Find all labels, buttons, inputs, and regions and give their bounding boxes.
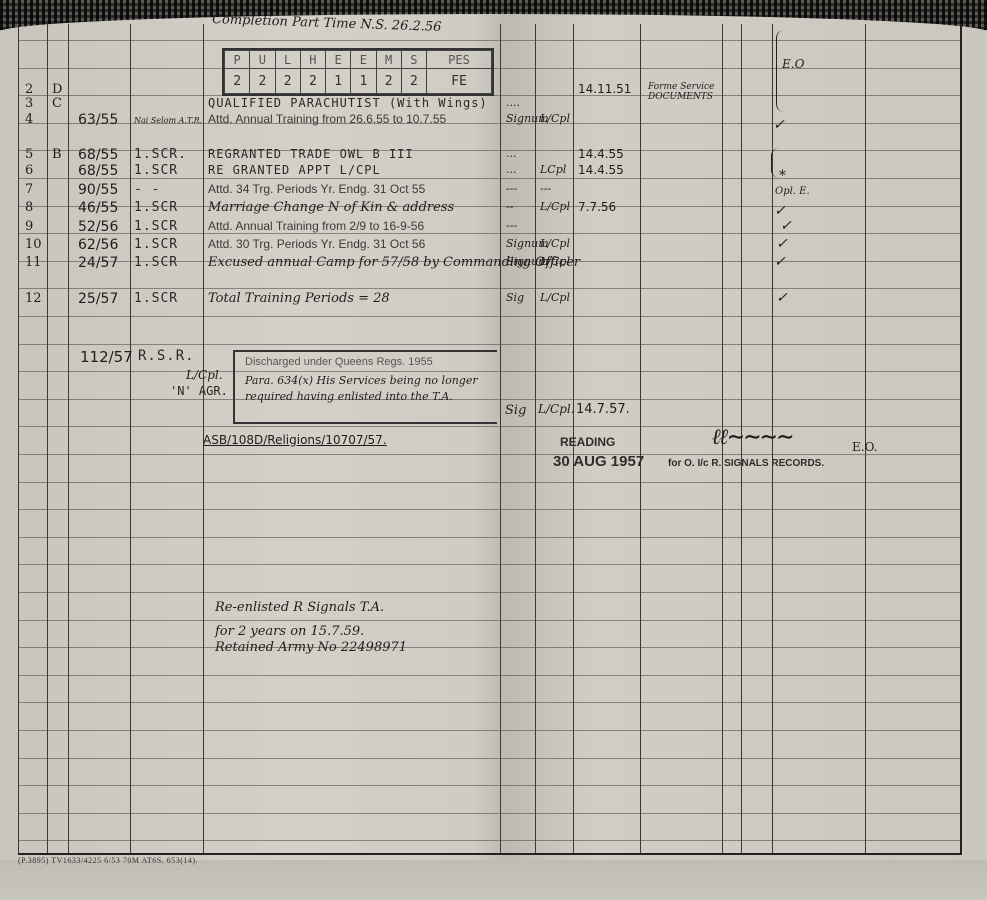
row-signature: --- — [506, 219, 517, 232]
column-rule — [47, 24, 48, 853]
column-rule — [18, 24, 19, 853]
row-number: 12 — [25, 291, 42, 306]
row-reference: 24/57 — [78, 255, 118, 271]
row-entry: Total Training Periods = 28 — [208, 291, 390, 306]
row-unit: 1.SCR — [134, 255, 178, 270]
row-reference: 90/55 — [78, 182, 118, 198]
row-rule — [19, 564, 960, 565]
pulhems-value: 2 — [376, 69, 401, 94]
row-signature: Sig — [506, 291, 524, 304]
check-mark: ✓ — [776, 236, 788, 252]
row-rank: --- — [540, 182, 551, 195]
pulhems-header: E — [351, 51, 376, 69]
row-unit: - - — [134, 182, 160, 197]
column-rule — [865, 24, 866, 853]
initials-eo: E.O — [782, 57, 804, 71]
pulhems-header: S — [401, 51, 426, 69]
check-mark: ✓ — [780, 218, 792, 234]
row-reference: 46/55 — [78, 200, 118, 216]
row-rule — [19, 758, 960, 759]
row-rule — [19, 813, 960, 814]
row-entry: Attd. Annual Training from 26.6.55 to 10… — [208, 112, 446, 126]
column-rule — [130, 24, 131, 853]
row-rank: LCpl — [540, 163, 566, 176]
pulhems-header: U — [250, 51, 275, 69]
row-rule — [19, 592, 960, 593]
pulhems-header: E — [326, 51, 351, 69]
row-unit: 1.SCR — [134, 291, 178, 306]
pulhems-value: 2 — [275, 69, 300, 94]
row-number: 6 — [25, 163, 33, 178]
reenlist-line-2: for 2 years on 15.7.59. — [215, 624, 364, 639]
check-mark: ✓ — [774, 254, 786, 270]
pulhems-value: 2 — [250, 69, 275, 94]
row-rank: L/Cpl — [540, 255, 570, 268]
row-signature: .... — [506, 96, 520, 109]
row-rank: L/Cpl — [540, 200, 570, 213]
discharge-ref: 112/57 — [80, 348, 133, 366]
row-remarks: Forme Service DOCUMENTS — [648, 82, 723, 102]
row-reference: 52/56 — [78, 219, 118, 235]
discharge-line-1: Discharged under Queens Regs. 1955 — [245, 356, 433, 368]
column-rule — [960, 24, 962, 853]
row-rule — [19, 426, 960, 427]
row-rule — [19, 702, 960, 703]
row-rank: L/Cpl — [540, 291, 570, 304]
row-rule — [19, 840, 960, 841]
column-rule — [640, 24, 641, 853]
pulhems-header: P — [225, 51, 250, 69]
row-rule — [19, 620, 960, 621]
stamp-date: 30 AUG 1957 — [553, 453, 644, 470]
row-letter: D — [52, 82, 62, 97]
row-number: 7 — [25, 182, 33, 197]
discharge-rank: L/Cpl. — [186, 368, 223, 382]
row-rule — [19, 454, 960, 455]
row-date: 14.4.55 — [578, 147, 624, 161]
discharge-date: 14.7.57. — [576, 402, 630, 417]
row-date: 7.7.56 — [578, 200, 616, 214]
check-mark: * — [779, 168, 786, 184]
row-rule — [19, 647, 960, 648]
row-number: 9 — [25, 219, 33, 234]
row-signature: -- — [506, 200, 513, 213]
row-signature: ... — [506, 147, 517, 160]
row-number: 4 — [25, 112, 33, 127]
row-rule — [19, 509, 960, 510]
pulhems-header: PES — [427, 51, 492, 69]
pulhems-value: 1 — [326, 69, 351, 94]
pulhems-value: 2 — [401, 69, 426, 94]
row-signature: --- — [506, 182, 517, 195]
row-number: 3 — [25, 96, 33, 111]
row-rule — [19, 482, 960, 483]
signature-suffix: E.O. — [852, 440, 878, 454]
column-rule — [68, 24, 69, 853]
pulhems-value: 2 — [225, 69, 250, 94]
stamp-place: READING — [560, 435, 615, 449]
discharge-sig: Sig — [505, 403, 526, 418]
column-rule — [500, 24, 501, 853]
row-letter: C — [52, 96, 62, 111]
row-letter: B — [52, 147, 62, 162]
row-unit: 1.SCR. — [134, 147, 187, 162]
row-number: 5 — [25, 147, 33, 162]
row-date: 14.11.51 — [578, 82, 631, 96]
discharge-line-2: Para. 634(x) His Services being no longe… — [245, 374, 478, 387]
discharge-unit: R.S.R. — [138, 348, 195, 364]
row-number: 2 — [25, 82, 33, 97]
bottom-rule — [18, 853, 962, 855]
row-reference: 62/56 — [78, 237, 118, 253]
row-reference: 63/55 — [78, 112, 118, 128]
officer-signature: ℓℓ∼∼∼∼ — [712, 424, 793, 450]
row-entry: REGRANTED TRADE OWL B III — [208, 147, 414, 161]
reenlist-line-1: Re-enlisted R Signals T.A. — [215, 600, 384, 615]
row-entry: QUALIFIED PARACHUTIST (With Wings) — [208, 96, 488, 110]
row-unit: 1.SCR — [134, 200, 178, 215]
row-date: 14.4.55 — [578, 163, 624, 177]
reenlist-line-3: Retained Army No 22498971 — [215, 640, 407, 655]
check-mark: ✓ — [776, 290, 788, 306]
row-unit: 1.SCR — [134, 237, 178, 252]
row-reference: 68/55 — [78, 163, 118, 179]
pulhems-value: 2 — [300, 69, 325, 94]
ruled-grid — [0, 0, 987, 900]
discharge-stamp-box: Discharged under Queens Regs. 1955 Para.… — [233, 350, 497, 424]
row-rule — [19, 344, 960, 345]
row-unit: Nai Selom A.T.R. — [134, 116, 202, 125]
discharge-rank-sig: L/Cpl. — [538, 402, 575, 416]
row-reference: 68/55 — [78, 147, 118, 163]
form-code: (P.3895) TV1633/4225 6/53 70M AT6S. 653(… — [18, 856, 198, 865]
row-rule — [19, 316, 960, 317]
row-number: 11 — [25, 255, 42, 270]
row-entry: RE GRANTED APPT L/CPL — [208, 163, 381, 177]
row-number: 8 — [25, 200, 33, 215]
brace-mark — [776, 30, 787, 112]
row-unit: 1.SCR — [134, 163, 178, 178]
pulhems-header: M — [376, 51, 401, 69]
row-rule — [19, 675, 960, 676]
row-signature: ... — [506, 163, 517, 176]
pulhems-grade-box: PULHEEMSPES 22221122FE — [222, 48, 494, 96]
row-rule — [19, 178, 960, 179]
row-entry: Attd. Annual Training from 2/9 to 16-9-5… — [208, 219, 424, 233]
pulhems-value: 1 — [351, 69, 376, 94]
check-mark: ✓ — [774, 203, 786, 219]
pulhems-header: H — [300, 51, 325, 69]
discharge-authority: ASB/108D/Religions/10707/57. — [203, 433, 387, 447]
row-entry: Attd. 30 Trg. Periods Yr. Endg. 31 Oct 5… — [208, 237, 425, 251]
row-entry: Marriage Change N of Kin & address — [208, 200, 454, 215]
column-rule — [535, 24, 536, 853]
row-rule — [19, 288, 960, 289]
check-mark: ✓ — [773, 117, 785, 133]
row-rule — [19, 730, 960, 731]
pulhems-value: FE — [427, 69, 492, 94]
row-rule — [19, 537, 960, 538]
pulhems-header: L — [275, 51, 300, 69]
row-entry: Attd. 34 Trg. Periods Yr. Endg. 31 Oct 5… — [208, 182, 425, 196]
row-number: 10 — [25, 237, 42, 252]
row-reference: 25/57 — [78, 291, 118, 307]
row-rule — [19, 40, 960, 41]
signatory-caption: for O. I/c R. SIGNALS RECORDS. — [668, 458, 824, 469]
discharge-trade: 'N' AGR. — [170, 384, 228, 398]
row-rank: L/Cpl — [540, 237, 570, 250]
discharge-line-3: required having enlisted into the T.A. — [245, 390, 453, 403]
row-rule — [19, 785, 960, 786]
check-mark: Opl. E. — [775, 186, 810, 197]
row-unit: 1.SCR — [134, 219, 178, 234]
row-rank: L/Cpl — [540, 112, 570, 125]
